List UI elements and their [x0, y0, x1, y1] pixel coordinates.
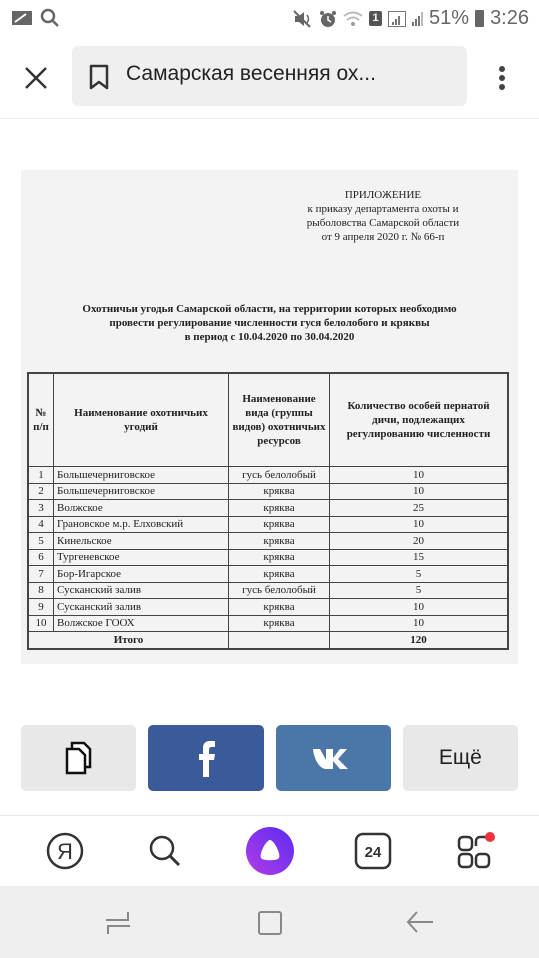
cell-count: 10 — [330, 483, 509, 500]
cell-count: 10 — [330, 615, 509, 632]
table-header-row: № п/п Наименование охотничьих угодий Наи… — [28, 373, 508, 467]
cell-n: 8 — [28, 582, 54, 599]
screenshot-icon — [12, 10, 32, 26]
title-line: провести регулирование численности гуся … — [31, 316, 508, 330]
title-line: Охотничьи угодья Самарской области, на т… — [31, 302, 508, 316]
home-button[interactable] — [255, 908, 285, 938]
cell-species: гусь белолобый — [229, 467, 330, 484]
search-icon — [40, 8, 60, 28]
cell-n: 3 — [28, 500, 54, 517]
signal-icon — [388, 11, 406, 27]
cell-name: Большечерниговское — [54, 483, 229, 500]
tabs-button[interactable]: 24 — [350, 828, 396, 874]
cell-count: 10 — [330, 599, 509, 616]
search-button[interactable] — [142, 828, 188, 874]
recents-icon — [104, 908, 134, 938]
vk-icon — [311, 746, 355, 770]
system-navigation-bar — [0, 886, 539, 958]
cell-species: кряква — [229, 533, 330, 550]
cell-count: 25 — [330, 500, 509, 517]
total-label: Итого — [28, 632, 229, 649]
share-bar: Ещё — [21, 725, 518, 791]
table-row: 10Волжское ГООХкряква10 — [28, 615, 508, 632]
total-value: 120 — [330, 632, 509, 649]
alice-icon — [245, 826, 295, 876]
cell-name: Сусканский залив — [54, 599, 229, 616]
table-row: 3Волжскоекряква25 — [28, 500, 508, 517]
table-row: 1Большечерниговскоегусь белолобый10 — [28, 467, 508, 484]
table-row: 9Сусканский заливкряква10 — [28, 599, 508, 616]
address-bar[interactable]: Самарская весенняя ох... — [72, 46, 467, 106]
header-species: Наименование вида (группы видов) охотнич… — [229, 373, 330, 467]
cell-name: Большечерниговское — [54, 467, 229, 484]
cell-n: 6 — [28, 549, 54, 566]
wifi-icon — [343, 11, 363, 27]
document-title: Охотничьи угодья Самарской области, на т… — [31, 302, 508, 344]
table-row: 6Тургеневскоекряква15 — [28, 549, 508, 566]
header-count: Количество особей пернатой дичи, подлежа… — [330, 373, 509, 467]
document-image: ПРИЛОЖЕНИЕ к приказу департамента охоты … — [21, 170, 518, 664]
search-icon — [145, 831, 185, 871]
battery-percent: 51% — [429, 7, 469, 30]
table-row: 7Бор-Игарскоекряква5 — [28, 566, 508, 583]
title-line: в период с 10.04.2020 по 30.04.2020 — [31, 330, 508, 344]
table-row: 5Кинельскоекряква20 — [28, 533, 508, 550]
cell-count: 20 — [330, 533, 509, 550]
cell-n: 2 — [28, 483, 54, 500]
close-button[interactable] — [20, 62, 52, 94]
cell-name: Бор-Игарское — [54, 566, 229, 583]
cell-name: Кинельское — [54, 533, 229, 550]
facebook-icon — [196, 739, 216, 777]
cell-species: кряква — [229, 566, 330, 583]
hunting-grounds-table: № п/п Наименование охотничьих угодий Наи… — [27, 372, 509, 650]
table-row: 8Сусканский заливгусь белолобый5 — [28, 582, 508, 599]
bottom-app-bar: Я 24 — [0, 815, 539, 886]
svg-text:Я: Я — [57, 839, 73, 864]
svg-text:24: 24 — [365, 844, 382, 861]
clock: 3:26 — [490, 7, 529, 30]
cell-species: кряква — [229, 599, 330, 616]
facebook-share-button[interactable] — [148, 725, 263, 791]
more-share-button[interactable]: Ещё — [403, 725, 518, 791]
close-icon — [20, 62, 52, 94]
status-bar: 1 51% 3:26 — [0, 0, 539, 38]
header-number: № п/п — [28, 373, 54, 467]
signal-icon-2 — [412, 12, 423, 26]
bookmark-icon[interactable] — [88, 64, 110, 90]
cell-name: Волжское ГООХ — [54, 615, 229, 632]
page-title: Самарская весенняя ох... — [126, 62, 376, 86]
cell-name: Тургеневское — [54, 549, 229, 566]
copy-link-button[interactable] — [21, 725, 136, 791]
yandex-icon: Я — [45, 831, 85, 871]
cell-n: 4 — [28, 516, 54, 533]
cell-n: 9 — [28, 599, 54, 616]
yandex-home-button[interactable]: Я — [42, 828, 88, 874]
copy-icon — [64, 741, 94, 775]
cell-species: кряква — [229, 483, 330, 500]
cell-name: Грановское м.р. Елховский — [54, 516, 229, 533]
cell-n: 7 — [28, 566, 54, 583]
appendix-line: от 9 апреля 2020 г. № 66-п — [283, 230, 483, 244]
appendix-heading: ПРИЛОЖЕНИЕ — [283, 188, 483, 202]
services-button[interactable] — [454, 828, 500, 874]
battery-icon — [475, 10, 484, 27]
cell-count: 15 — [330, 549, 509, 566]
tabs-icon: 24 — [353, 831, 393, 871]
table-row: 4Грановское м.р. Елховскийкряква10 — [28, 516, 508, 533]
alarm-icon — [319, 10, 337, 28]
services-icon — [455, 831, 499, 871]
table-row: 2Большечерниговскоекряква10 — [28, 483, 508, 500]
cell-species: кряква — [229, 549, 330, 566]
back-button[interactable] — [405, 908, 435, 938]
more-menu-button[interactable] — [492, 62, 512, 94]
cell-count: 5 — [330, 582, 509, 599]
cell-count: 10 — [330, 467, 509, 484]
recents-button[interactable] — [104, 908, 134, 938]
appendix-line: рыболовства Самарской области — [283, 216, 483, 230]
cell-species: гусь белолобый — [229, 582, 330, 599]
notification-dot — [485, 832, 495, 842]
vk-share-button[interactable] — [276, 725, 391, 791]
home-icon — [255, 908, 285, 938]
cell-species: кряква — [229, 516, 330, 533]
appendix-block: ПРИЛОЖЕНИЕ к приказу департамента охоты … — [283, 188, 483, 244]
mute-icon — [293, 10, 313, 28]
cell-species: кряква — [229, 500, 330, 517]
browser-toolbar: Самарская весенняя ох... — [0, 38, 539, 119]
sim-1-icon: 1 — [369, 11, 382, 26]
cell-n: 10 — [28, 615, 54, 632]
appendix-line: к приказу департамента охоты и — [283, 202, 483, 216]
cell-name: Волжское — [54, 500, 229, 517]
alice-button[interactable] — [244, 825, 296, 877]
header-grounds: Наименование охотничьих угодий — [54, 373, 229, 467]
cell-n: 1 — [28, 467, 54, 484]
cell-name: Сусканский залив — [54, 582, 229, 599]
back-icon — [405, 908, 435, 938]
total-species-empty — [229, 632, 330, 649]
cell-species: кряква — [229, 615, 330, 632]
cell-n: 5 — [28, 533, 54, 550]
table-total-row: Итого120 — [28, 632, 508, 649]
cell-count: 5 — [330, 566, 509, 583]
cell-count: 10 — [330, 516, 509, 533]
more-vertical-icon — [499, 66, 505, 72]
